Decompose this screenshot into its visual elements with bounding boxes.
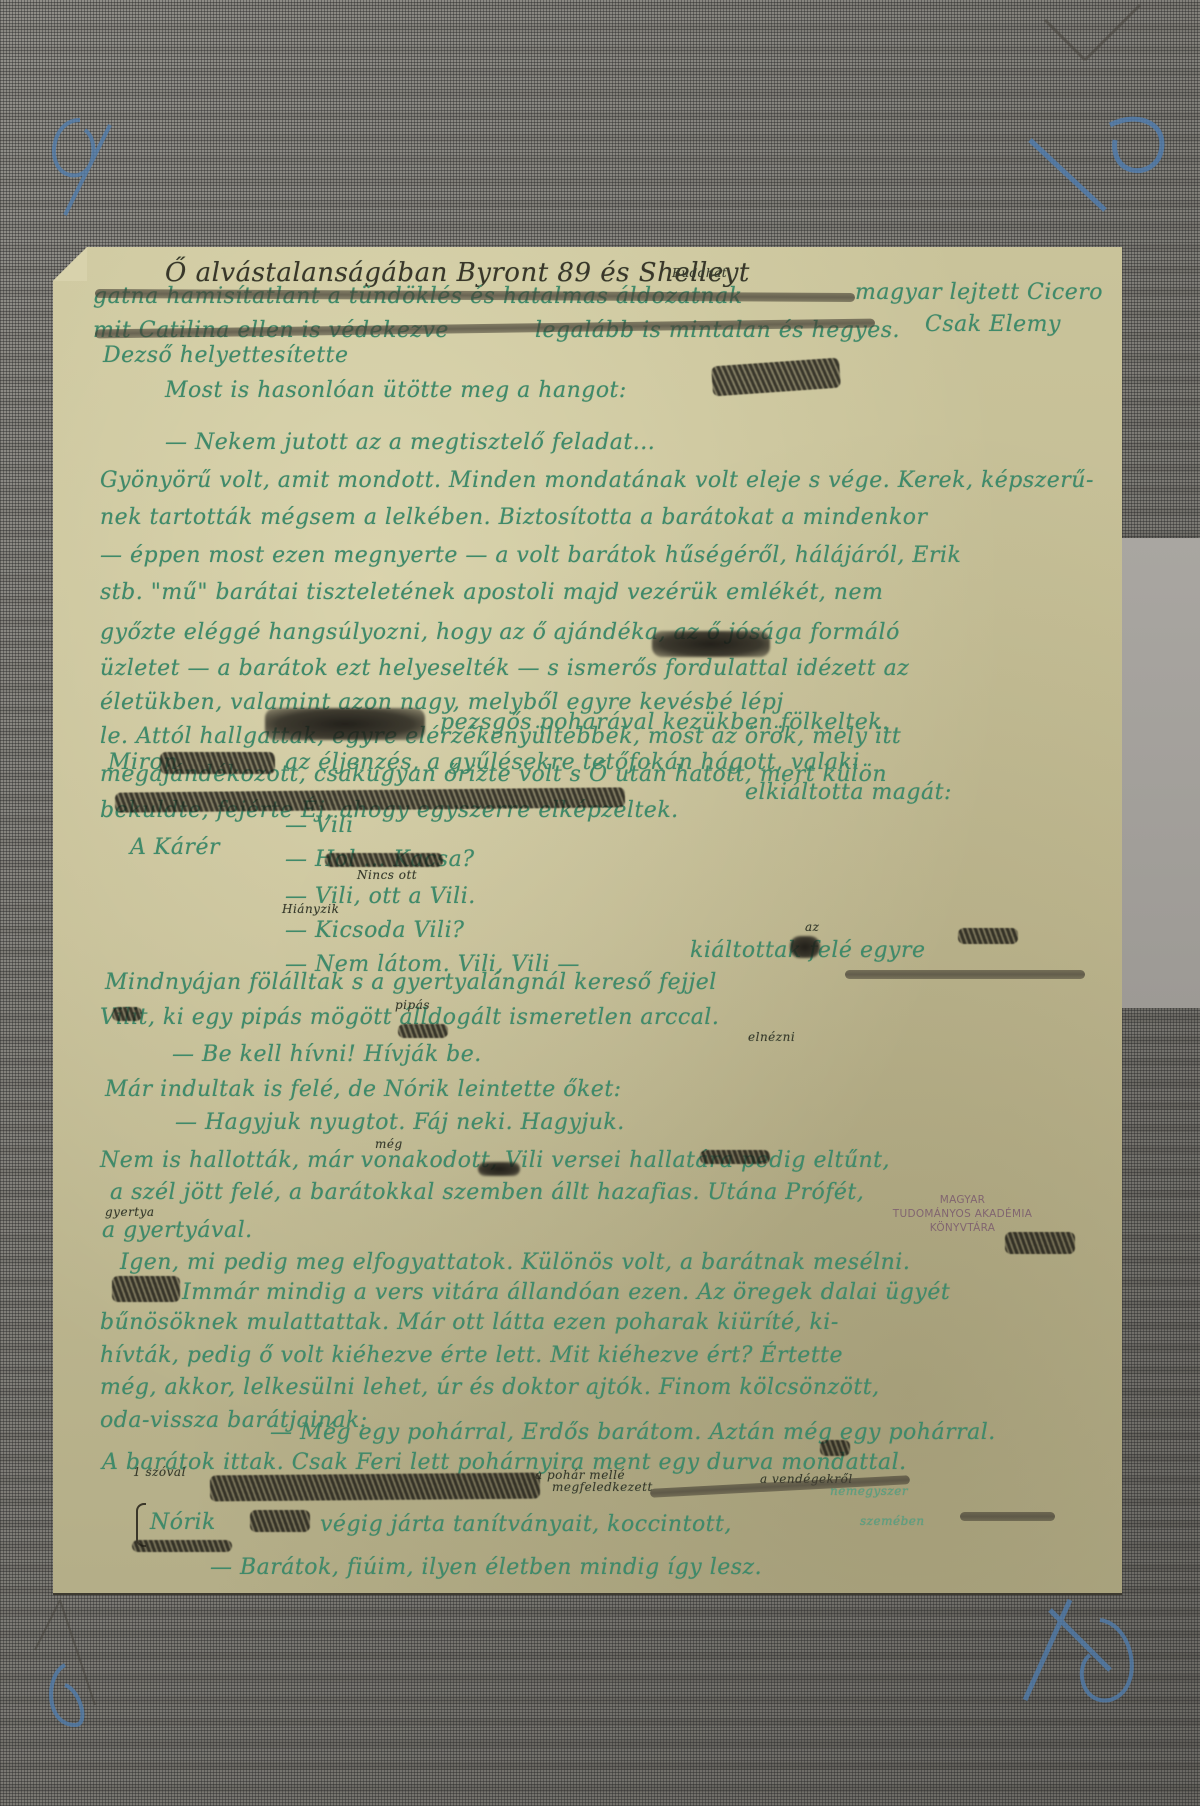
text-line: a szél jött felé, a barátokkal szemben á…: [110, 1180, 864, 1205]
annotation: Hiányzik: [282, 902, 339, 916]
pencil-scribble: [160, 752, 275, 774]
text-line: a gyertyával.: [102, 1218, 253, 1243]
pencil-blot: [652, 631, 770, 657]
mount-mark-top-left: [40, 100, 130, 230]
dialogue-line: — Még egy pohárral, Erdős barátom. Aztán…: [270, 1420, 996, 1445]
strikethrough: [960, 1512, 1055, 1521]
pencil-scribble: [1005, 1232, 1075, 1254]
text-line: Csak Elemy: [925, 312, 1061, 337]
text-line: bűnösöknek mulattattak. Már ott látta ez…: [100, 1310, 839, 1335]
stamp-line-2: TUDOMÁNYOS AKADÉMIA: [870, 1207, 1055, 1221]
pencil-scribble: [700, 1150, 770, 1164]
pencil-scribble: [132, 1540, 232, 1552]
dialogue-line: — Kicsoda Vili?: [285, 918, 464, 943]
library-stamp: MAGYAR TUDOMÁNYOS AKADÉMIA KÖNYVTÁRA: [870, 1193, 1055, 1235]
dialogue-line: — Hagyjuk nyugtot. Fáj neki. Hagyjuk.: [175, 1110, 625, 1135]
stamp-line-1: MAGYAR: [870, 1193, 1055, 1207]
text-line: nek tartották mégsem a lelkében. Biztosí…: [100, 505, 928, 530]
annotation: nemegyszer: [830, 1484, 908, 1498]
annotation: 1 szóval: [133, 1465, 186, 1479]
text-line: üzletet — a barátok ezt helyeselték — s …: [100, 656, 909, 681]
annotation: gyertya: [105, 1205, 155, 1219]
pencil-blot: [478, 1162, 520, 1176]
pencil-scribble: [250, 1510, 310, 1532]
mount-mark-bottom-right: [1000, 1595, 1150, 1725]
text-line: A Kárér: [130, 835, 220, 860]
text-line: Gyönyörű volt, amit mondott. Minden mond…: [100, 468, 1094, 493]
text-line: — Nekem jutott az a megtisztelő feladat.…: [165, 430, 655, 455]
text-line: pezsgős poharával kezükben fölkeltek.: [440, 710, 890, 735]
text-line: Már indultak is felé, de Nórik leintette…: [105, 1077, 622, 1102]
dialogue-line: — Vili: [285, 813, 354, 838]
strikethrough: [845, 970, 1085, 979]
text-line: magyar lejtett Cicero: [855, 280, 1103, 305]
text-line: Igen, mi pedig meg elfogyattatok. Különö…: [120, 1250, 910, 1275]
pencil-scribble: [112, 1276, 180, 1302]
text-line: Dezső helyettesítette: [103, 343, 349, 368]
text-line: Mindnyájan fölálltak s a gyertyalángnál …: [105, 970, 717, 995]
text-line: az éljenzés, a gyűlésekre tetőfokán hágo…: [285, 750, 860, 775]
annotation: pipás: [395, 998, 430, 1012]
text-line: végig járta tanítványait, koccintott,: [320, 1512, 732, 1537]
pencil-scribble: [325, 853, 443, 867]
pencil-scribble: [820, 1440, 850, 1456]
dialogue-line: — Be kell hívni! Hívják be.: [172, 1042, 482, 1067]
pencil-scribble: [398, 1024, 448, 1038]
text-line: stb. "mű" barátai tiszteletének apostoli…: [100, 580, 883, 605]
text-line: Most is hasonlóan ütötte meg a hangot:: [165, 378, 627, 403]
pencil-blot: [790, 936, 820, 958]
annotation: az: [805, 920, 819, 934]
dialogue-line: — Barátok, fiúim, ilyen életben mindig í…: [210, 1555, 762, 1580]
folded-corner: [53, 247, 87, 281]
text-line: Nórik: [150, 1510, 216, 1535]
text-line: Immár mindig a vers vitára állandóan eze…: [182, 1280, 950, 1305]
text-line: győzte eléggé hangsúlyozni, hogy az ő aj…: [100, 620, 900, 645]
annotation: szemében: [860, 1514, 925, 1528]
annotation: Nincs ott: [357, 868, 417, 882]
annotation: megfeledkezett: [552, 1480, 653, 1494]
heading-insert: Buddhát: [672, 266, 727, 280]
pencil-scribble: [210, 1473, 540, 1502]
text-line: elkiáltotta magát:: [745, 780, 952, 805]
text-line: még, akkor, lelkesülni lehet, úr és dokt…: [100, 1375, 880, 1400]
annotation: elnézni: [748, 1030, 795, 1044]
pencil-scribble: [958, 928, 1018, 944]
text-line: hívták, pedig ő volt kiéhezve érte lett.…: [100, 1343, 843, 1368]
backing-sheet: [1122, 538, 1200, 1008]
mount-mark-bottom-left: [20, 1595, 130, 1745]
text-line: — éppen most ezen megnyerte — a volt bar…: [100, 543, 961, 568]
annotation: még: [375, 1137, 403, 1151]
mount-mark-top-right: [1010, 0, 1200, 230]
pencil-scribble: [112, 1007, 142, 1021]
pencil-blot: [265, 708, 425, 740]
